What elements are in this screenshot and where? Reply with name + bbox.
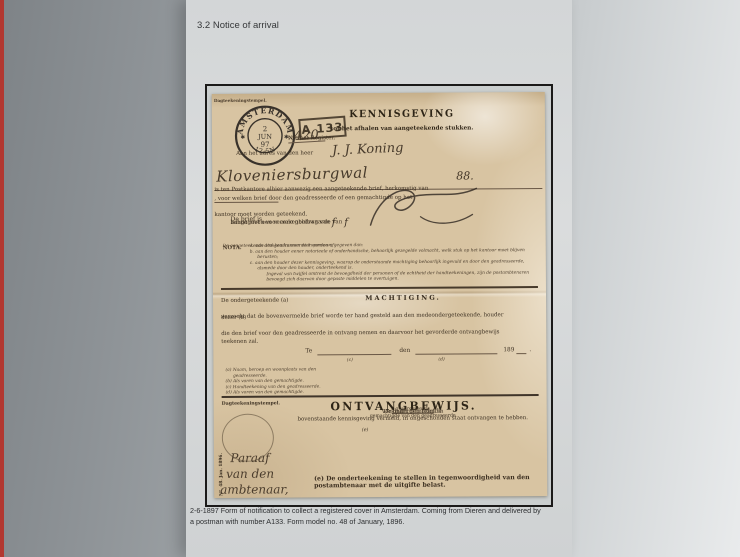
machtiging-line-4: die den brief voor den geadresseerde in … xyxy=(221,329,543,338)
album-page: 3.2 Notice of arrival Dagteekeningstempe… xyxy=(186,0,572,557)
florin-mark-1: f xyxy=(344,220,348,226)
receipt-signature-designator: (e) xyxy=(362,427,542,433)
section-label: 3.2 Notice of arrival xyxy=(197,20,279,31)
form-paper: Dagteekeningstempel. AMSTERDAM 12-5N 2 J… xyxy=(212,92,547,498)
place-label: Te xyxy=(305,348,312,356)
value-option-2-row: belast met een verrekenbedrag van f xyxy=(231,219,338,227)
addressee-name-handwritten: J. J. Koning xyxy=(332,141,404,159)
year-fill xyxy=(516,348,526,354)
postmark-month: JUN xyxy=(257,133,272,141)
film-edge-strip xyxy=(0,0,4,557)
section-divider-1 xyxy=(221,286,538,290)
machtiging-line-5: teekenen zal. xyxy=(221,339,258,346)
addressee-row: Aan het adres van den heer xyxy=(236,156,542,158)
value-option-2: belast met een verrekenbedrag van xyxy=(231,219,330,227)
exhibit-frame: Dagteekeningstempel. AMSTERDAM 12-5N 2 J… xyxy=(205,84,553,507)
caption-line-1: 2-6-1897 Form of notification to collect… xyxy=(190,506,564,517)
footnote-e: (e) De onderteekening te stellen in tege… xyxy=(314,474,547,490)
addressee-label: Aan het adres van den heer xyxy=(236,150,313,158)
receipt-line-1-suffix: verklaart den brief, in xyxy=(382,409,443,417)
caption-line-2: a postman with number A133. Form model n… xyxy=(190,517,564,528)
exhibit-caption: 2-6-1897 Form of notification to collect… xyxy=(190,506,564,528)
nota-intro: De aangeteekende stukken kunnen niet wor… xyxy=(223,243,364,250)
footnote-a: (a) Naam, beroep en woonplaats van den g… xyxy=(225,367,338,379)
nota-block: NOTA. De aangeteekende stukken kunnen ni… xyxy=(223,242,544,283)
machtiging-line-2: verzoekt dat de bovenvermelde brief word… xyxy=(221,312,543,321)
signature-c: (c) xyxy=(347,357,353,363)
address-street-handwritten: Kloveniersburgwal xyxy=(216,163,368,185)
machtiging-line-1-text: De ondergeteekende (a) xyxy=(221,297,288,305)
year-suffix: . xyxy=(529,347,531,355)
receipt-datestamp-label: Dagteekeningstempel. xyxy=(222,401,280,407)
machtiging-line-3-text: dezer (b) xyxy=(221,315,246,322)
place-fill xyxy=(317,349,391,355)
receipt-text-block: De ondergeteekende geadresseerde gemacht… xyxy=(284,412,542,433)
place-date-row: Te den 189 . xyxy=(213,347,546,359)
form-model-number: N°. 48. Jan. 1896. xyxy=(219,453,224,496)
register-suffix: van het Register. xyxy=(288,135,335,142)
postmark-year: 97 xyxy=(261,141,270,149)
year-prefix: 189 xyxy=(503,347,514,355)
nota-closing: Ingeval van twijfel omtrent de bevoegdhe… xyxy=(266,270,530,283)
machtiging-line-1: De ondergeteekende (a) xyxy=(221,303,541,305)
paraaf-note: Paraaf van den ambtenaar, die den brief … xyxy=(220,451,281,498)
machtiging-title: MACHTIGING. xyxy=(273,293,533,303)
postmark-star-left-icon: ✱ xyxy=(241,134,246,141)
handwritten-flourish xyxy=(362,180,484,233)
machtiging-footnotes: (a) Naam, beroep en woonplaats van den g… xyxy=(225,367,338,396)
form-title: KENNISGEVING xyxy=(280,108,524,120)
signature-d: (d) xyxy=(438,357,444,363)
photo-background: 3.2 Notice of arrival Dagteekeningstempe… xyxy=(0,0,740,557)
date-fill xyxy=(415,348,497,355)
date-label: den xyxy=(399,348,410,356)
florin-mark-2: f xyxy=(332,220,336,226)
